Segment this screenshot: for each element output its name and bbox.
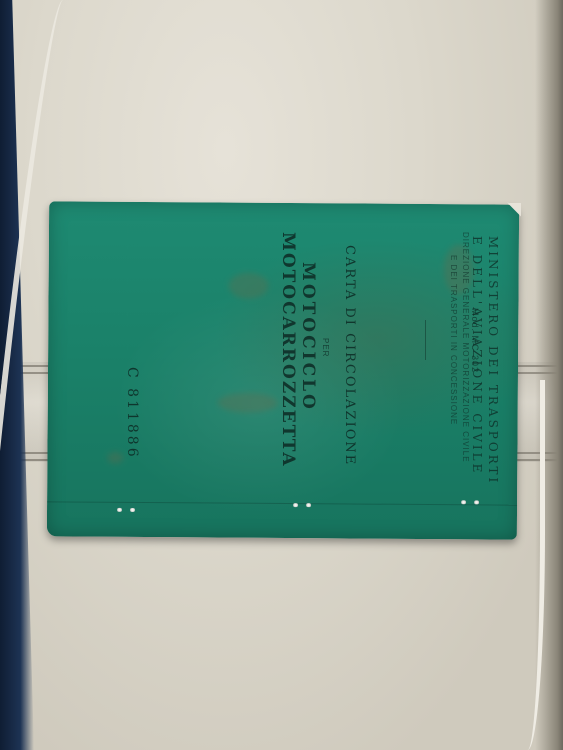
stain: [107, 452, 123, 464]
vehicle-type-motociclo: MOTOCICLO: [298, 262, 318, 412]
torn-corner: [507, 203, 521, 217]
document-title: CARTA DI CIRCOLAZIONE: [342, 245, 357, 466]
issuer-line-2: E DELL'AVIAZIONE CIVILE: [470, 236, 484, 475]
divider-rule: [425, 320, 426, 360]
serial-number: C 811886: [124, 367, 140, 460]
issuer-line-3: DIREZIONE GENERALE MOTORIZZAZIONE CIVILE: [461, 232, 470, 463]
vehicle-type-motocarrozzetta: MOTOCARROZZETTA: [278, 232, 298, 468]
fold-line: [47, 501, 517, 505]
preposition: PER: [321, 338, 330, 357]
staple: [117, 508, 135, 512]
staple: [461, 500, 479, 504]
stain: [218, 393, 278, 413]
issuer-line-4: E DEI TRASPORTI IN CONCESSIONE: [449, 255, 458, 425]
stain: [229, 273, 269, 299]
issuer-line-1: MINISTERO DEI TRASPORTI: [486, 236, 500, 485]
staple: [293, 503, 311, 507]
